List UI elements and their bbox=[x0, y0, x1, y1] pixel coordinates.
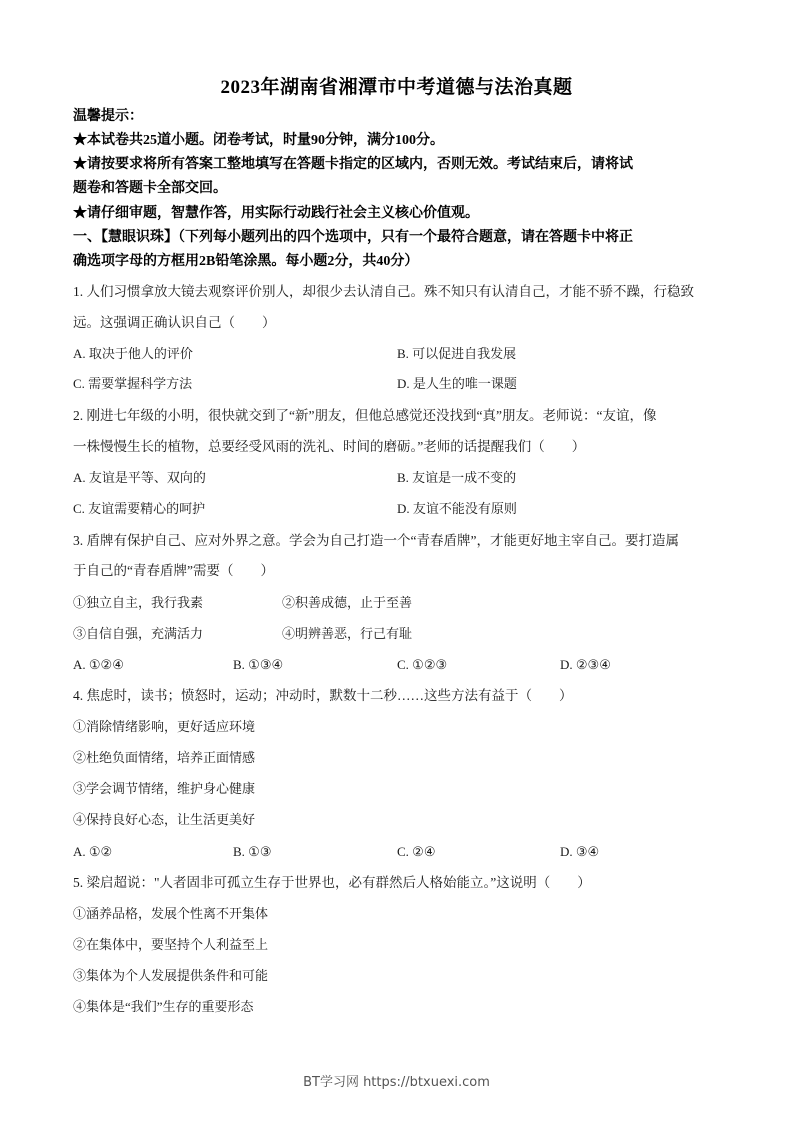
option-b[interactable]: B. 可以促进自我发展 bbox=[397, 345, 516, 363]
section-heading: 一、【慧眼识珠】（下列每小题列出的四个选项中，只有一个最符合题意，请在答题卡中将… bbox=[73, 229, 633, 247]
statement: ②积善成德，止于至善 bbox=[282, 594, 412, 612]
statement: ①消除情绪影响，更好适应环境 bbox=[73, 718, 255, 736]
option-d[interactable]: D. ②③④ bbox=[560, 656, 611, 674]
page-title: 2023年湖南省湘潭市中考道德与法治真题 bbox=[0, 72, 793, 99]
footer-watermark[interactable]: BT学习网 https://btxuexi.com bbox=[0, 1071, 793, 1090]
section-heading: 确选项字母的方框用2B铅笔涂黑。每小题2分，共40分） bbox=[73, 253, 418, 271]
statement: ④集体是“我们”生存的重要形态 bbox=[73, 998, 254, 1016]
option-b[interactable]: B. ①③④ bbox=[233, 656, 283, 674]
option-a[interactable]: A. 友谊是平等、双向的 bbox=[73, 469, 206, 487]
question-stem: 3. 盾牌有保护自己、应对外界之意。学会为自己打造一个“青春盾牌”，才能更好地主… bbox=[73, 532, 679, 550]
notice-heading: 温馨提示： bbox=[73, 108, 143, 126]
statement: ①涵养品格，发展个性离不开集体 bbox=[73, 905, 268, 923]
option-c[interactable]: C. 友谊需要精心的呵护 bbox=[73, 500, 205, 518]
question-stem: 5. 梁启超说："人者固非可孤立生存于世界也，必有群然后人格始能立。”这说明（ … bbox=[73, 874, 591, 892]
statement: ③学会调节情绪，维护身心健康 bbox=[73, 780, 255, 798]
option-c[interactable]: C. 需要掌握科学方法 bbox=[73, 375, 192, 393]
option-b[interactable]: B. ①③ bbox=[233, 843, 271, 861]
option-a[interactable]: A. ①②④ bbox=[73, 656, 124, 674]
statement: ①独立自主，我行我素 bbox=[73, 594, 203, 612]
option-a[interactable]: A. 取决于他人的评价 bbox=[73, 345, 193, 363]
option-c[interactable]: C. ②④ bbox=[397, 843, 435, 861]
option-b[interactable]: B. 友谊是一成不变的 bbox=[397, 469, 516, 487]
option-d[interactable]: D. 友谊不能没有原则 bbox=[397, 500, 517, 518]
option-d[interactable]: D. ③④ bbox=[560, 843, 599, 861]
question-stem: 远。这强调正确认识自己（ ） bbox=[73, 314, 276, 332]
notice-item: ★本试卷共25道小题。闭卷考试，时量90分钟，满分100分。 bbox=[73, 132, 444, 150]
question-stem: 1. 人们习惯拿放大镜去观察评价别人，却很少去认清自己。殊不知只有认清自己，才能… bbox=[73, 283, 694, 301]
question-stem: 于自己的“青春盾牌”需要（ ） bbox=[73, 562, 274, 580]
statement: ②杜绝负面情绪，培养正面情感 bbox=[73, 749, 255, 767]
option-a[interactable]: A. ①② bbox=[73, 843, 112, 861]
statement: ④明辨善恶，行己有耻 bbox=[282, 625, 412, 643]
question-stem: 2. 刚进七年级的小明，很快就交到了“新”朋友，但他总感觉还没找到“真”朋友。老… bbox=[73, 407, 656, 425]
option-c[interactable]: C. ①②③ bbox=[397, 656, 447, 674]
notice-item: ★请仔细审题，智慧作答，用实际行动践行社会主义核心价值观。 bbox=[73, 205, 479, 223]
statement: ③自信自强，充满活力 bbox=[73, 625, 203, 643]
question-stem: 一株慢慢生长的植物，总要经受风雨的洗礼、时间的磨砺。”老师的话提醒我们（ ） bbox=[73, 438, 585, 456]
statement: ④保持良好心态，让生活更美好 bbox=[73, 811, 255, 829]
notice-item: 题卷和答题卡全部交回。 bbox=[73, 180, 227, 198]
notice-item: ★请按要求将所有答案工整地填写在答题卡指定的区域内，否则无效。考试结束后，请将试 bbox=[73, 156, 633, 174]
question-stem: 4. 焦虑时，读书；愤怒时，运动；冲动时，默数十二秒……这些方法有益于（ ） bbox=[73, 687, 573, 705]
statement: ②在集体中，要坚持个人利益至上 bbox=[73, 936, 268, 954]
statement: ③集体为个人发展提供条件和可能 bbox=[73, 967, 268, 985]
option-d[interactable]: D. 是人生的唯一课题 bbox=[397, 375, 517, 393]
